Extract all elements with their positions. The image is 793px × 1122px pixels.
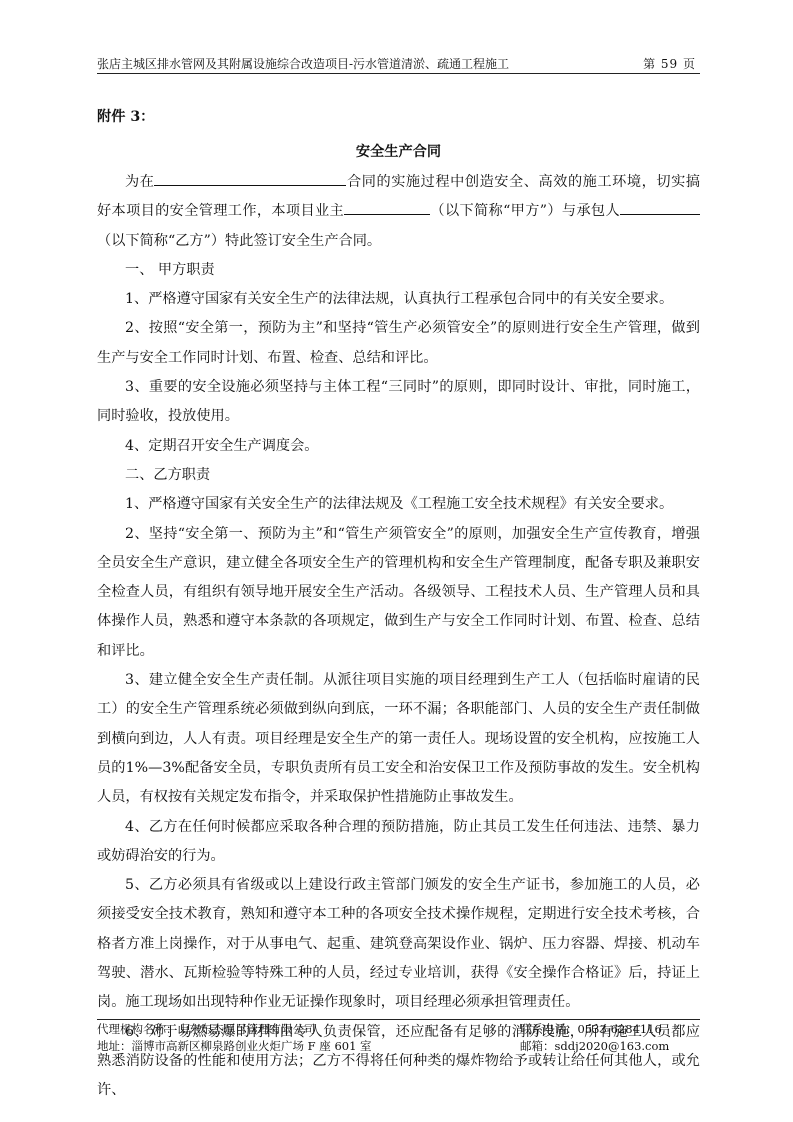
page-footer: 代理机构名称：山东东杰项目管理有限公司 联系电话：0533-6284116 地址…	[97, 1019, 700, 1055]
intro-paragraph: 为在合同的实施过程中创造安全、高效的施工环境，切实搞好本项目的安全管理工作，本项…	[97, 168, 700, 256]
party-b-item-3: 3、建立健全安全生产责任制。从派往项目实施的项目经理到生产工人（包括临时雇请的民…	[97, 666, 700, 812]
annex-label: 附件 3：	[97, 104, 700, 130]
party-b-item-4: 4、乙方在任何时候都应采取各种合理的预防措施，防止其员工发生任何违法、违禁、暴力…	[97, 813, 700, 872]
party-a-item-4: 4、定期召开安全生产调度会。	[97, 432, 700, 461]
section-heading-party-b: 二、乙方职责	[97, 461, 700, 490]
footer-phone: 联系电话：0533-6284116	[520, 1021, 662, 1038]
party-b-item-1: 1、严格遵守国家有关安全生产的法律法规及《工程施工安全技术规程》有关安全要求。	[97, 490, 700, 519]
intro-text-3: （以下简称“甲方”）与承包人	[430, 203, 620, 219]
header-page-number: 第 59 页	[643, 56, 696, 73]
header-project-title: 张店主城区排水管网及其附属设施综合改造项目-污水管道清淤、疏通工程施工	[97, 56, 509, 73]
intro-text-1: 为在	[125, 174, 154, 190]
footer-agency-name: 代理机构名称：山东东杰项目管理有限公司	[97, 1021, 316, 1038]
party-a-item-2: 2、按照“安全第一，预防为主”和坚持“管生产必须管安全”的原则进行安全生产管理，…	[97, 314, 700, 373]
page-header: 张店主城区排水管网及其附属设施综合改造项目-污水管道清淤、疏通工程施工 第 59…	[97, 56, 700, 74]
intro-text-4: （以下简称“乙方”）特此签订安全生产合同。	[97, 233, 381, 249]
document-body: 附件 3： 安全生产合同 为在合同的实施过程中创造安全、高效的施工环境，切实搞好…	[97, 96, 700, 1106]
party-a-item-1: 1、严格遵守国家有关安全生产的法律法规，认真执行工程承包合同中的有关安全要求。	[97, 285, 700, 314]
footer-address: 地址：淄博市高新区柳泉路创业火炬广场 F 座 601 室	[97, 1038, 372, 1055]
party-b-item-2: 2、坚持“安全第一、预防为主”和“管生产须管安全”的原则，加强安全生产宣传教育，…	[97, 520, 700, 666]
contract-name-blank	[154, 171, 346, 186]
document-title: 安全生产合同	[97, 136, 700, 168]
footer-email: 邮箱：sddj2020@163.com	[520, 1038, 669, 1055]
party-b-item-5: 5、乙方必须具有省级或以上建设行政主管部门颁发的安全生产证书，参加施工的人员，必…	[97, 871, 700, 1017]
party-a-item-3: 3、重要的安全设施必须坚持与主体工程“三同时”的原则，即同时设计、审批，同时施工…	[97, 373, 700, 432]
owner-name-blank	[344, 200, 430, 215]
section-heading-party-a: 一、 甲方职责	[97, 256, 700, 285]
contractor-name-blank	[620, 200, 700, 215]
